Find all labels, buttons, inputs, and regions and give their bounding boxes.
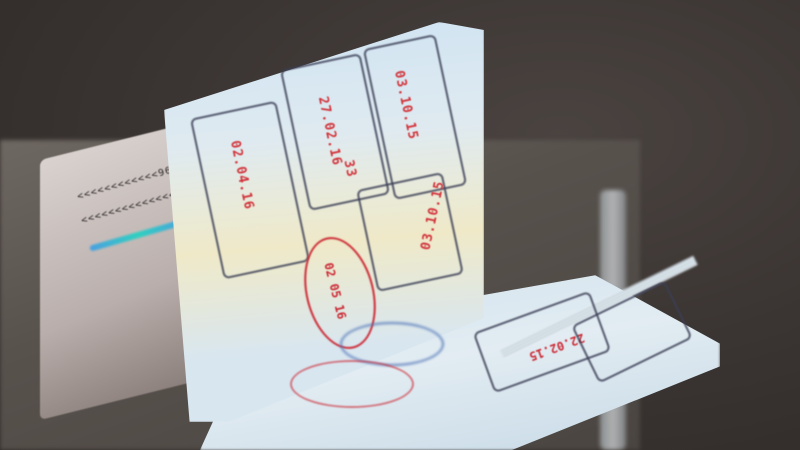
- red-oval-stamp: [290, 360, 414, 408]
